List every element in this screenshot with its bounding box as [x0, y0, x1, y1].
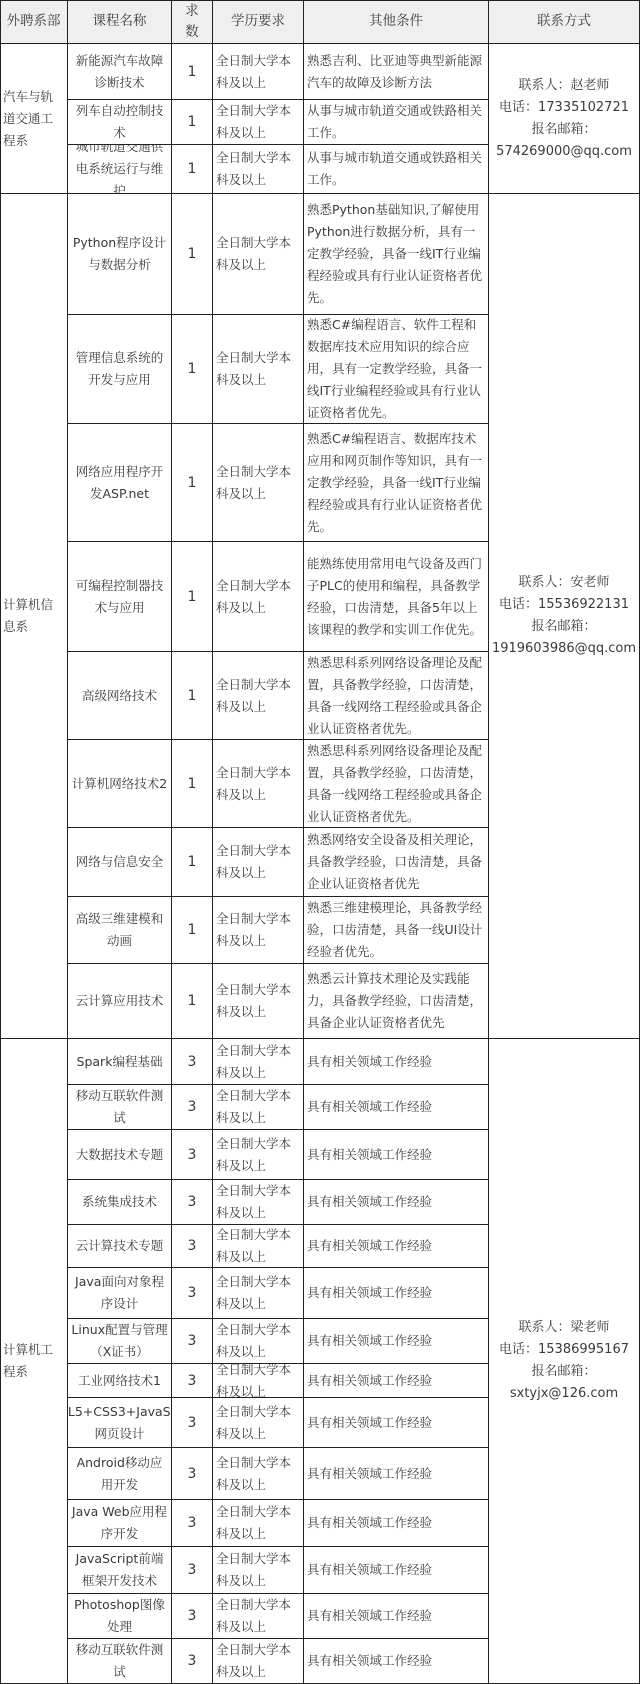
education-requirement: 全日制大学本科及以上: [213, 1085, 304, 1130]
other-conditions: 具有相关领域工作经验: [304, 1225, 489, 1268]
other-conditions: 具有相关领域工作经验: [304, 1398, 489, 1448]
course-name: HTML5+CSS3+JavaScript网页设计: [68, 1398, 172, 1448]
other-conditions: 熟悉云计算技术理论及实践能力，具备教学经验，口齿清楚，具备企业认证资格者优先: [304, 964, 489, 1039]
header-quantity: 需求数量: [172, 0, 213, 44]
course-name: 新能源汽车故障诊断技术: [68, 44, 172, 100]
quantity: 1: [172, 145, 213, 194]
education-requirement: 全日制大学本科及以上: [213, 1268, 304, 1319]
quantity: 3: [172, 1085, 213, 1130]
contact-phone: 电话：15536922131: [499, 594, 629, 616]
other-conditions: 熟悉网络安全设备及相关理论，具备教学经验，口齿清楚，具备企业认证资格者优先: [304, 828, 489, 897]
quantity: 3: [172, 1547, 213, 1594]
education-requirement: 全日制大学本科及以上: [213, 652, 304, 740]
course-name: Java Web应用程序开发: [68, 1500, 172, 1547]
quantity: 3: [172, 1268, 213, 1319]
other-conditions: 具有相关领域工作经验: [304, 1085, 489, 1130]
other-conditions: 熟悉Python基础知识,了解使用Python进行数据分析，具有一定教学经验，具…: [304, 194, 489, 315]
contact-phone: 电话：17335102721: [499, 97, 629, 119]
contact-email-label: 报名邮箱：: [531, 1361, 596, 1383]
contact-info: 联系人：安老师电话：15536922131报名邮箱：1919603986@qq.…: [489, 194, 640, 1039]
course-name: Android移动应用开发: [68, 1448, 172, 1500]
education-requirement: 全日制大学本科及以上: [213, 1039, 304, 1085]
course-name: 系统集成技术: [68, 1180, 172, 1225]
course-name: 城市轨道交通供电系统运行与维护: [68, 145, 172, 194]
education-requirement: 全日制大学本科及以上: [213, 1319, 304, 1364]
course-name: 网络与信息安全: [68, 828, 172, 897]
other-conditions: 具有相关领域工作经验: [304, 1594, 489, 1639]
course-name: 列车自动控制技术: [68, 100, 172, 145]
other-conditions: 具有相关领域工作经验: [304, 1364, 489, 1398]
contact-email-label: 报名邮箱：: [531, 616, 596, 638]
contact-person: 联系人：安老师: [518, 572, 609, 594]
other-conditions: 熟悉三维建模理论，具备教学经验，口齿清楚，具备一线UI设计经验者优先。: [304, 897, 489, 964]
course-name: 管理信息系统的开发与应用: [68, 315, 172, 424]
education-requirement: 全日制大学本科及以上: [213, 424, 304, 542]
education-requirement: 全日制大学本科及以上: [213, 1594, 304, 1639]
other-conditions: 熟悉C#编程语言、数据库技术应用和网页制作等知识，具有一定教学经验，具备一线IT…: [304, 424, 489, 542]
header-education: 学历要求: [213, 0, 304, 44]
education-requirement: 全日制大学本科及以上: [213, 542, 304, 652]
course-name: Spark编程基础: [68, 1039, 172, 1085]
education-requirement: 全日制大学本科及以上: [213, 1639, 304, 1684]
course-name: 大数据技术专题: [68, 1130, 172, 1180]
other-conditions: 具有相关领域工作经验: [304, 1319, 489, 1364]
quantity: 1: [172, 740, 213, 828]
other-conditions: 具有相关领域工作经验: [304, 1448, 489, 1500]
department-name: 汽车与轨道交通工程系: [0, 44, 68, 194]
quantity: 1: [172, 100, 213, 145]
quantity: 3: [172, 1039, 213, 1085]
other-conditions: 从事与城市轨道交通或铁路相关工作。: [304, 100, 489, 145]
education-requirement: 全日制大学本科及以上: [213, 145, 304, 194]
department-name: 计算机工程系: [0, 1039, 68, 1684]
education-requirement: 全日制大学本科及以上: [213, 100, 304, 145]
contact-email[interactable]: 574269000@qq.com: [496, 141, 632, 163]
quantity: 1: [172, 897, 213, 964]
quantity: 3: [172, 1398, 213, 1448]
contact-email[interactable]: 1919603986@qq.com: [492, 638, 636, 660]
quantity: 3: [172, 1594, 213, 1639]
course-name: 工业网络技术1: [68, 1364, 172, 1398]
contact-person: 联系人：梁老师: [518, 1317, 609, 1339]
quantity: 1: [172, 424, 213, 542]
other-conditions: 从事与城市轨道交通或铁路相关工作。: [304, 145, 489, 194]
quantity: 3: [172, 1225, 213, 1268]
education-requirement: 全日制大学本科及以上: [213, 1364, 304, 1398]
quantity: 3: [172, 1639, 213, 1684]
education-requirement: 全日制大学本科及以上: [213, 828, 304, 897]
education-requirement: 全日制大学本科及以上: [213, 1398, 304, 1448]
other-conditions: 具有相关领域工作经验: [304, 1639, 489, 1684]
course-name: Java面向对象程序设计: [68, 1268, 172, 1319]
course-name: 网络应用程序开发ASP.net: [68, 424, 172, 542]
other-conditions: 熟悉吉利、比亚迪等典型新能源汽车的故障及诊断方法: [304, 44, 489, 100]
quantity: 1: [172, 44, 213, 100]
header-department: 外聘系部: [0, 0, 68, 44]
education-requirement: 全日制大学本科及以上: [213, 194, 304, 315]
course-name: 高级三维建模和动画: [68, 897, 172, 964]
education-requirement: 全日制大学本科及以上: [213, 740, 304, 828]
header-contact: 联系方式: [489, 0, 640, 44]
contact-phone: 电话：15386995167: [499, 1339, 629, 1361]
course-name: 计算机网络技术2: [68, 740, 172, 828]
other-conditions: 具有相关领域工作经验: [304, 1547, 489, 1594]
education-requirement: 全日制大学本科及以上: [213, 1547, 304, 1594]
other-conditions: 熟悉思科系列网络设备理论及配置，具备教学经验，口齿清楚，具备一线网络工程经验或具…: [304, 652, 489, 740]
education-requirement: 全日制大学本科及以上: [213, 1180, 304, 1225]
course-name: 移动互联软件测试: [68, 1639, 172, 1684]
contact-info: 联系人：赵老师电话：17335102721报名邮箱：574269000@qq.c…: [489, 44, 640, 194]
quantity: 1: [172, 828, 213, 897]
contact-person: 联系人：赵老师: [518, 75, 609, 97]
department-name: 计算机信息系: [0, 194, 68, 1039]
education-requirement: 全日制大学本科及以上: [213, 315, 304, 424]
education-requirement: 全日制大学本科及以上: [213, 1225, 304, 1268]
course-name: 云计算应用技术: [68, 964, 172, 1039]
other-conditions: 熟悉C#编程语言、软件工程和数据库技术应用知识的综合应用，具有一定教学经验，具备…: [304, 315, 489, 424]
course-name: Python程序设计与数据分析: [68, 194, 172, 315]
quantity: 3: [172, 1364, 213, 1398]
course-name: Linux配置与管理（X证书）: [68, 1319, 172, 1364]
quantity: 3: [172, 1319, 213, 1364]
education-requirement: 全日制大学本科及以上: [213, 1500, 304, 1547]
other-conditions: 具有相关领域工作经验: [304, 1500, 489, 1547]
course-name: JavaScript前端框架开发技术: [68, 1547, 172, 1594]
other-conditions: 能熟练使用常用电气设备及西门子PLC的使用和编程，具备教学经验，口齿清楚，具备5…: [304, 542, 489, 652]
education-requirement: 全日制大学本科及以上: [213, 44, 304, 100]
course-name: 移动互联软件测试: [68, 1085, 172, 1130]
quantity: 3: [172, 1448, 213, 1500]
quantity: 1: [172, 964, 213, 1039]
education-requirement: 全日制大学本科及以上: [213, 964, 304, 1039]
other-conditions: 具有相关领域工作经验: [304, 1180, 489, 1225]
quantity: 1: [172, 194, 213, 315]
quantity: 3: [172, 1180, 213, 1225]
quantity: 1: [172, 542, 213, 652]
other-conditions: 具有相关领域工作经验: [304, 1130, 489, 1180]
course-name: 云计算技术专题: [68, 1225, 172, 1268]
education-requirement: 全日制大学本科及以上: [213, 1448, 304, 1500]
quantity: 3: [172, 1500, 213, 1547]
education-requirement: 全日制大学本科及以上: [213, 1130, 304, 1180]
course-name: 可编程控制器技术与应用: [68, 542, 172, 652]
contact-email[interactable]: sxtyjx@126.com: [510, 1383, 618, 1405]
other-conditions: 具有相关领域工作经验: [304, 1268, 489, 1319]
header-other: 其他条件: [304, 0, 489, 44]
header-course: 课程名称: [68, 0, 172, 44]
recruitment-table: 外聘系部课程名称需求数量学历要求其他条件联系方式汽车与轨道交通工程系联系人：赵老…: [0, 0, 640, 1684]
contact-info: 联系人：梁老师电话：15386995167报名邮箱：sxtyjx@126.com: [489, 1039, 640, 1684]
education-requirement: 全日制大学本科及以上: [213, 897, 304, 964]
other-conditions: 具有相关领域工作经验: [304, 1039, 489, 1085]
quantity: 1: [172, 315, 213, 424]
course-name: Photoshop图像处理: [68, 1594, 172, 1639]
contact-email-label: 报名邮箱：: [531, 119, 596, 141]
quantity: 3: [172, 1130, 213, 1180]
other-conditions: 熟悉思科系列网络设备理论及配置，具备教学经验，口齿清楚，具备一线网络工程经验或具…: [304, 740, 489, 828]
course-name: 高级网络技术: [68, 652, 172, 740]
quantity: 1: [172, 652, 213, 740]
